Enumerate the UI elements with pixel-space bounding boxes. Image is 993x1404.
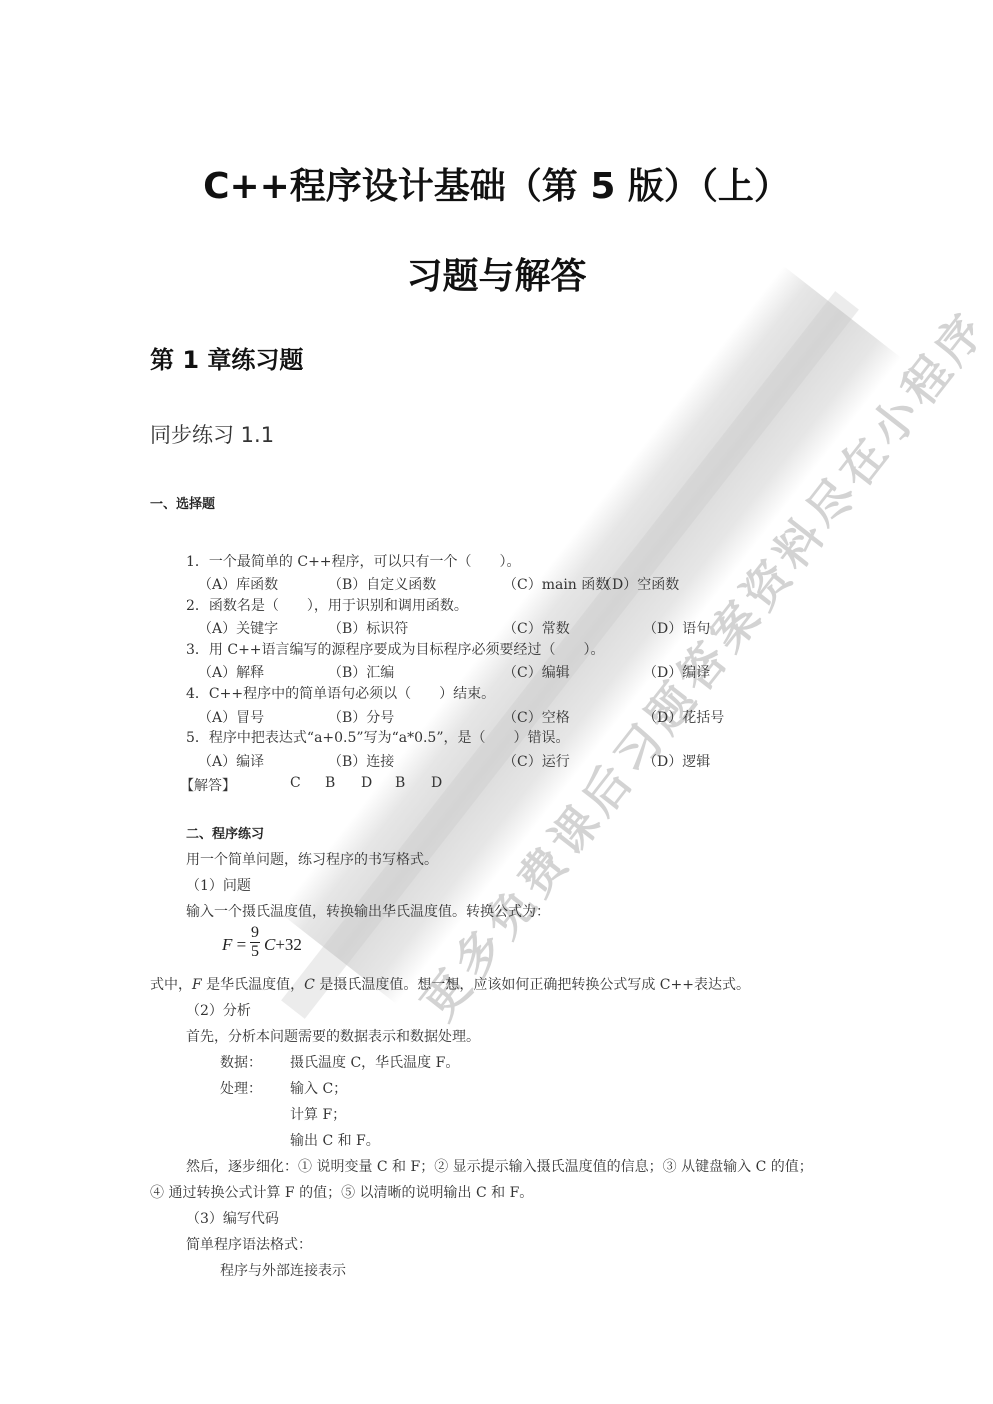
process-step-3: 输出 C 和 F。 xyxy=(290,1130,380,1150)
syntax-item: 程序与外部连接表示 xyxy=(220,1260,346,1280)
part2-heading: 二、程序练习 xyxy=(186,823,264,842)
q4-option-d: （D）花括号 xyxy=(643,707,724,727)
answer-5: D xyxy=(431,775,442,791)
syntax-label: 简单程序语法格式： xyxy=(186,1234,312,1254)
analysis-label: （2）分析 xyxy=(186,1000,251,1020)
data-label: 数据： xyxy=(220,1052,262,1072)
formula-var: C xyxy=(264,935,275,954)
q1-option-d: （D）空函数 xyxy=(598,574,679,594)
refine-line-1: 然后，逐步细化：① 说明变量 C 和 F；② 显示提示输入摄氏温度值的信息；③ … xyxy=(186,1156,813,1176)
data-value: 摄氏温度 C，华氏温度 F。 xyxy=(290,1052,459,1072)
formula-lhs: F xyxy=(222,935,232,954)
refine-line-2: ④ 通过转换公式计算 F 的值；⑤ 以清晰的说明输出 C 和 F。 xyxy=(150,1182,533,1202)
formula-eq: = xyxy=(237,935,247,954)
answer-3: D xyxy=(361,775,372,791)
formula-numerator: 9 xyxy=(250,924,260,942)
q3-option-c: （C）编辑 xyxy=(503,662,570,682)
question-1: 1．一个最简单的 C++程序，可以只有一个（ ）。 xyxy=(186,551,521,571)
q4-option-a: （A）冒号 xyxy=(198,707,264,727)
explain-f: F xyxy=(192,977,202,993)
formula-explanation: 式中，F 是华氏温度值，C 是摄氏温度值。想一想，应该如何正确把转换公式写成 C… xyxy=(150,974,750,994)
q5-option-a: （A）编译 xyxy=(198,751,264,771)
q2-option-b: （B）标识符 xyxy=(328,618,408,638)
chapter-heading: 第 1 章练习题 xyxy=(150,340,303,375)
q1-option-b: （B）自定义函数 xyxy=(328,574,436,594)
q4-option-c: （C）空格 xyxy=(503,707,570,727)
answer-1: C xyxy=(290,775,301,791)
answer-2: B xyxy=(325,775,335,791)
analysis-intro: 首先，分析本问题需要的数据表示和数据处理。 xyxy=(186,1026,480,1046)
document-subtitle: 习题与解答 xyxy=(0,248,993,299)
formula-fraction: 9 5 xyxy=(250,924,260,961)
q5-option-d: （D）逻辑 xyxy=(643,751,710,771)
part1-heading: 一、选择题 xyxy=(150,493,215,512)
answer-4: B xyxy=(395,775,405,791)
q5-option-b: （B）连接 xyxy=(328,751,394,771)
explain-prefix: 式中， xyxy=(150,977,192,993)
question-5: 5．程序中把表达式“a+0.5”写为“a*0.5”，是（ ）错误。 xyxy=(186,727,570,747)
question-4: 4．C++程序中的简单语句必须以（ ）结束。 xyxy=(186,683,495,703)
document-title: C++程序设计基础（第 5 版）（上） xyxy=(0,158,993,209)
problem-label: （1）问题 xyxy=(186,875,251,895)
process-label: 处理： xyxy=(220,1078,262,1098)
formula-rest: +32 xyxy=(275,935,302,954)
explain-mid2: 是摄氏温度值。想一想，应该如何正确把转换公式写成 C++表达式。 xyxy=(315,977,750,993)
q3-option-d: （D）编译 xyxy=(643,662,710,682)
q3-option-a: （A）解释 xyxy=(198,662,264,682)
explain-c: C xyxy=(304,977,315,993)
formula: F = xyxy=(222,935,246,955)
question-3: 3．用 C++语言编写的源程序要成为目标程序必须要经过（ ）。 xyxy=(186,639,605,659)
answer-label: 【解答】 xyxy=(180,775,236,795)
formula-denominator: 5 xyxy=(250,943,260,961)
q2-option-d: （D）语句 xyxy=(643,618,710,638)
q2-option-a: （A）关键字 xyxy=(198,618,278,638)
q4-option-b: （B）分号 xyxy=(328,707,394,727)
q3-option-b: （B）汇编 xyxy=(328,662,394,682)
code-label: （3）编写代码 xyxy=(186,1208,279,1228)
process-step-1: 输入 C； xyxy=(290,1078,347,1098)
process-step-2: 计算 F； xyxy=(290,1104,346,1124)
q1-option-c: （C）main 函数 xyxy=(503,574,609,594)
q5-option-c: （C）运行 xyxy=(503,751,570,771)
problem-text: 输入一个摄氏温度值，转换输出华氏温度值。转换公式为： xyxy=(186,901,550,921)
explain-mid1: 是华氏温度值， xyxy=(202,977,304,993)
q1-option-a: （A）库函数 xyxy=(198,574,278,594)
q2-option-c: （C）常数 xyxy=(503,618,570,638)
section-heading: 同步练习 1.1 xyxy=(150,419,274,449)
formula-rhs: C+32 xyxy=(264,935,302,955)
question-2: 2．函数名是（ ），用于识别和调用函数。 xyxy=(186,595,468,615)
part2-intro: 用一个简单问题，练习程序的书写格式。 xyxy=(186,849,438,869)
